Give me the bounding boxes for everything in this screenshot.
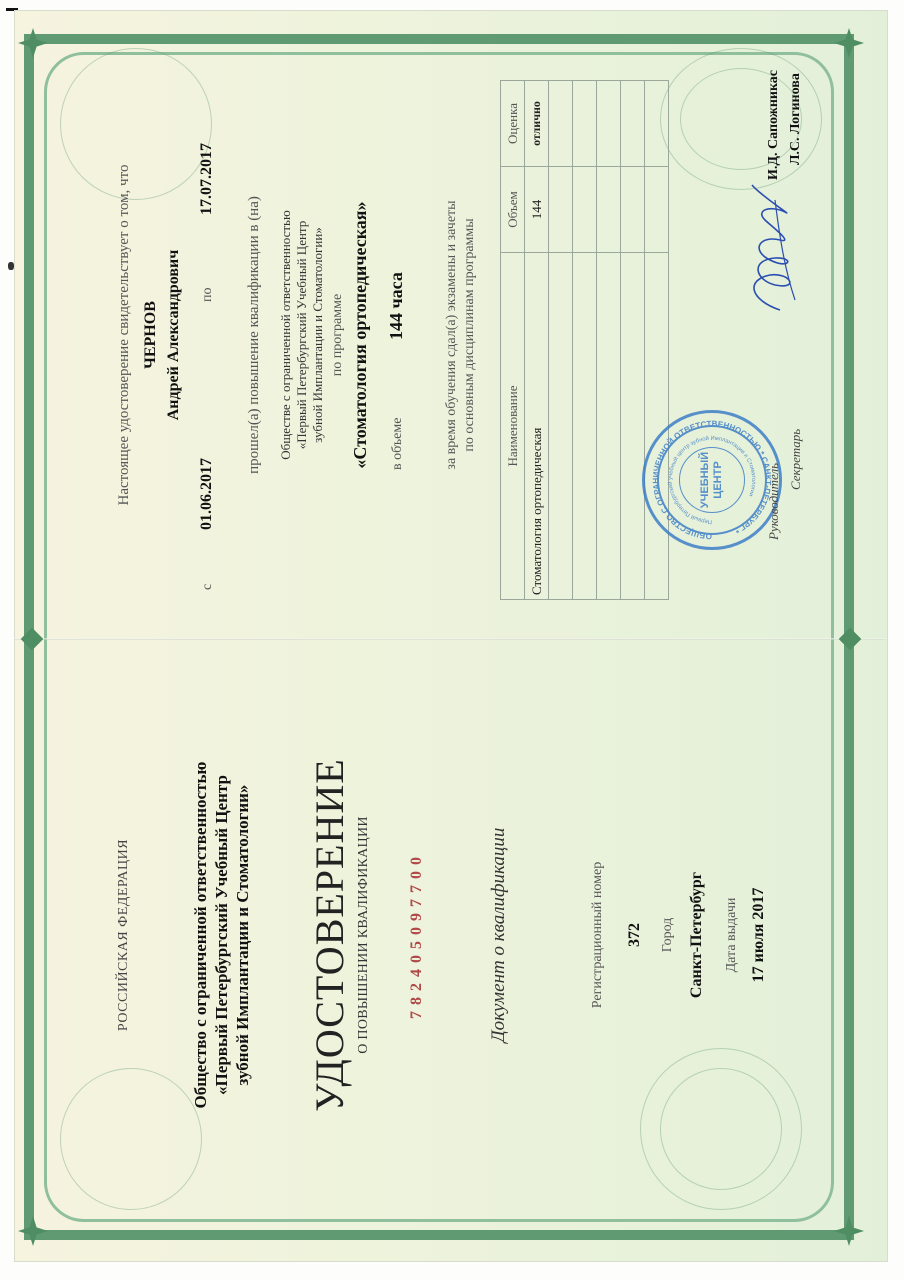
grades-table: Наименование Объем Оценка Стоматология о…	[500, 80, 669, 600]
course-volume: в объеме 144 часа	[386, 50, 412, 620]
volume-label: в объеме	[390, 418, 406, 470]
handwritten-signature	[740, 180, 810, 320]
table-row	[621, 81, 645, 600]
column-header-volume: Объем	[501, 167, 525, 253]
cell-grade: отлично	[525, 81, 549, 167]
signatory-role-2: Секретарь	[788, 429, 804, 490]
cell-name	[549, 252, 573, 599]
exams-line-1: за время обучения сдал(а) экзамены и зач…	[444, 50, 460, 620]
table-row	[573, 81, 597, 600]
stamp-center-text: УЧЕБНЫЙ ЦЕНТР	[699, 452, 725, 508]
cell-grade	[597, 81, 621, 167]
cell-volume	[597, 167, 621, 253]
registration-number: 372	[626, 650, 644, 1220]
cell-name: Стоматология ортопедическая	[525, 252, 549, 599]
issuer-line-2: «Первый Петербургский Учебный Центр	[211, 650, 232, 1220]
signatory-name-1: И.Д. Сапожникас	[766, 70, 782, 180]
cell-grade	[573, 81, 597, 167]
cover-page: РОССИЙСКАЯ ФЕДЕРАЦИЯ Общество с ограниче…	[60, 650, 840, 1220]
document-kind: Документ о квалификации	[488, 650, 510, 1220]
table-row: Стоматология ортопедическая 144 отлично	[525, 81, 549, 600]
content-page: Настоящее удостоверение свидетельствует …	[60, 50, 840, 620]
exams-line-2: по основным дисциплинам программы	[462, 50, 478, 620]
issue-date-value: 17 июля 2017	[750, 650, 768, 1220]
cell-grade	[645, 81, 669, 167]
issue-date-label: Дата выдачи	[724, 650, 740, 1220]
cell-name	[621, 252, 645, 599]
table-row	[549, 81, 573, 600]
program-label: по программе	[330, 50, 346, 620]
signatory-name-2: Л.С. Логинова	[788, 73, 804, 165]
cell-name	[573, 252, 597, 599]
organization-line-2: «Первый Петербургский Учебный Центр	[294, 50, 310, 620]
cell-volume	[621, 167, 645, 253]
certificate-title: УДОСТОВЕРЕНИЕ	[306, 650, 353, 1220]
cell-grade	[549, 81, 573, 167]
city-value: Санкт-Петербург	[688, 650, 706, 1220]
cell-volume	[549, 167, 573, 253]
registration-label: Регистрационный номер	[590, 650, 606, 1220]
issuer-line-1: Общество с ограниченной ответственностью	[190, 650, 211, 1220]
volume-value: 144 часа	[386, 272, 407, 340]
center-fold	[14, 638, 886, 640]
surname: ЧЕРНОВ	[142, 50, 160, 620]
period-from-date: 01.06.2017	[198, 458, 216, 530]
table-row	[597, 81, 621, 600]
scanned-document: РОССИЙСКАЯ ФЕДЕРАЦИЯ Общество с ограниче…	[0, 0, 904, 1280]
intro-text: Настоящее удостоверение свидетельствует …	[116, 50, 133, 620]
period-to-date: 17.07.2017	[198, 143, 216, 215]
certificate-sheet: РОССИЙСКАЯ ФЕДЕРАЦИЯ Общество с ограниче…	[0, 0, 904, 1280]
column-header-name: Наименование	[501, 252, 525, 599]
period-to-label: по	[200, 288, 216, 303]
grades-table-header: Наименование Объем Оценка	[501, 81, 525, 600]
serial-number: 782405097700	[408, 650, 426, 1220]
issuer-line-3: зубной Имплантации и Стоматологии»	[232, 650, 253, 1220]
organization-stamp: ОБЩЕСТВО С ОГРАНИЧЕННОЙ ОТВЕТСТВЕННОСТЬЮ…	[642, 410, 782, 550]
column-header-grade: Оценка	[501, 81, 525, 167]
city-label: Город	[660, 650, 676, 1220]
cell-volume	[645, 167, 669, 253]
study-period: с 01.06.2017 по 17.07.2017	[198, 50, 222, 620]
signatory-role-1: Руководитель	[766, 463, 782, 540]
cell-name	[597, 252, 621, 599]
passed-text: прошел(а) повышение квалификации в (на)	[246, 50, 263, 620]
organization-line-3: зубной Имплантации и Стоматологии»	[310, 50, 326, 620]
country-label: РОССИЙСКАЯ ФЕДЕРАЦИЯ	[116, 650, 132, 1220]
cell-grade	[621, 81, 645, 167]
cell-volume	[573, 167, 597, 253]
given-names: Андрей Александрович	[165, 50, 183, 620]
period-from-label: с	[200, 584, 216, 590]
certificate-subtitle: О ПОВЫШЕНИИ КВАЛИФИКАЦИИ	[356, 650, 372, 1220]
organization-line-1: Обществе с ограниченной ответственностью	[278, 50, 294, 620]
cell-volume: 144	[525, 167, 549, 253]
program-name: «Стоматология ортопедическая»	[350, 50, 371, 620]
